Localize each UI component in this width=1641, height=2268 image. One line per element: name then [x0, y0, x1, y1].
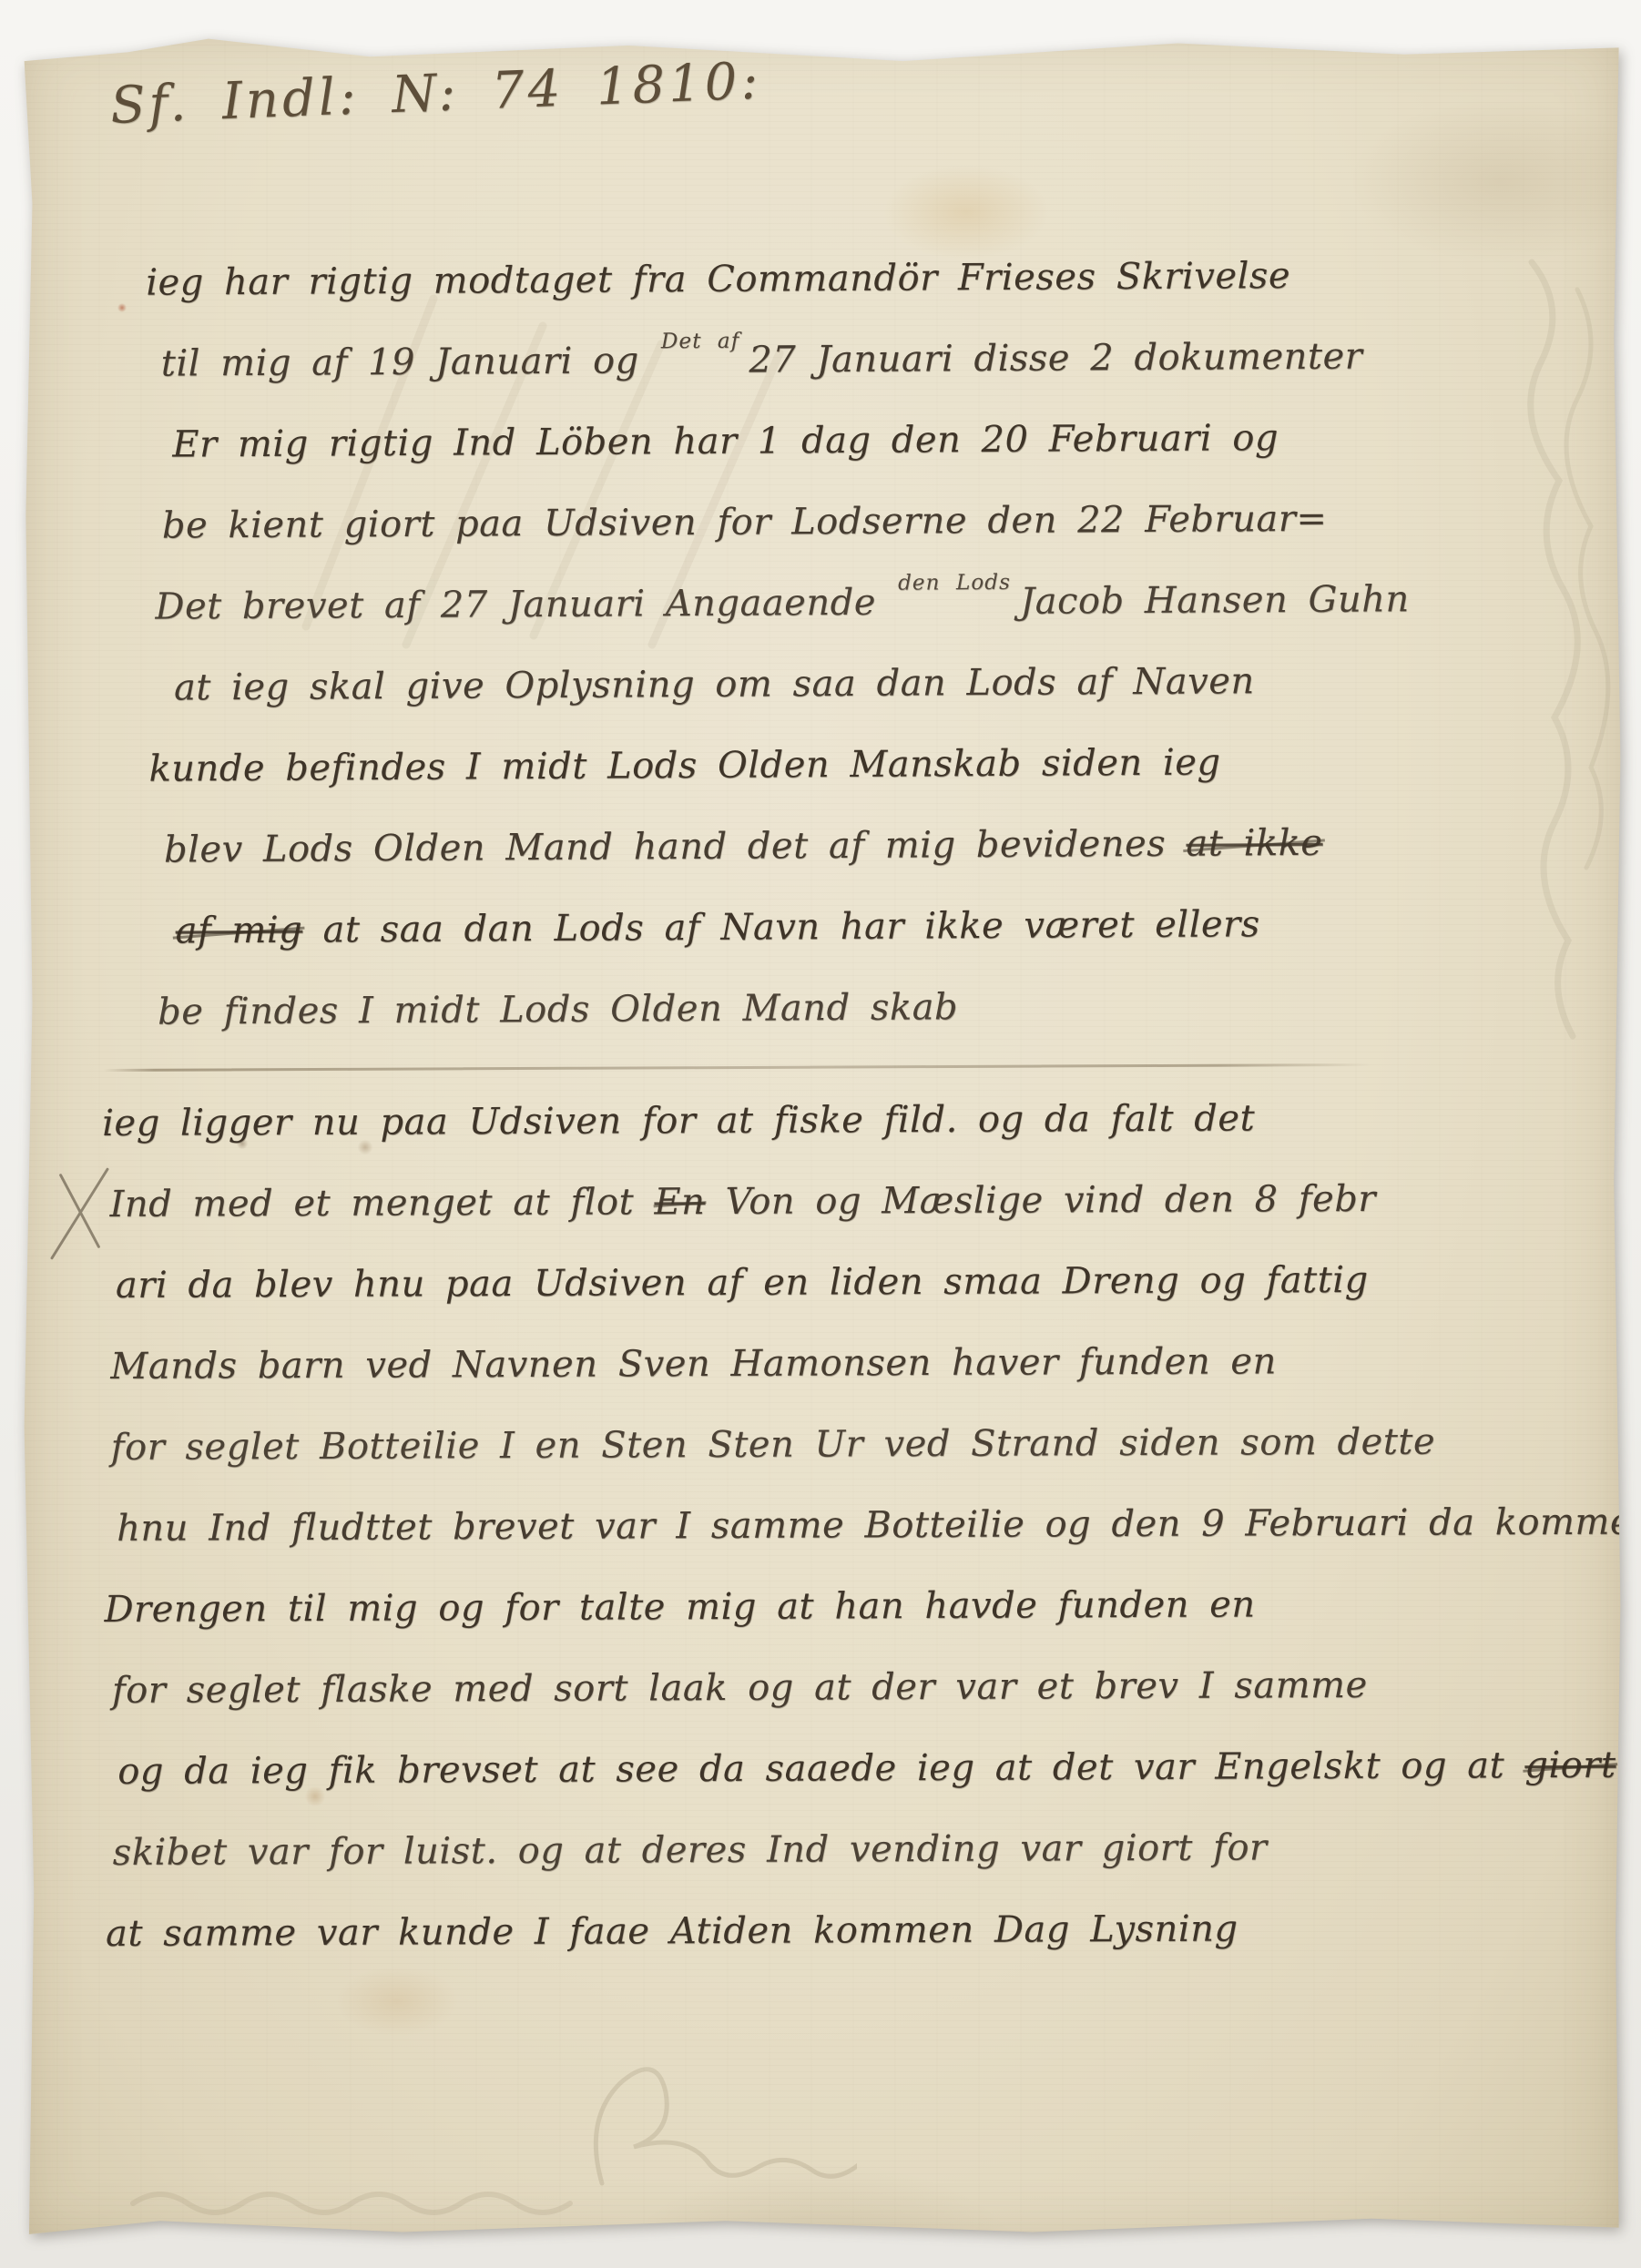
inserted-text-above-line: den Lods	[898, 572, 1011, 594]
struck-text: at ikke	[1186, 822, 1322, 865]
struck-text: giort	[1524, 1744, 1616, 1786]
manuscript-line: og da ieg fik brevset at see da saaede i…	[105, 1725, 1575, 1813]
handwritten-text: Mands barn ved Navnen Sven Hamonsen have…	[110, 1340, 1277, 1388]
manuscript-line: at samme var kunde I faae Atiden kommen …	[106, 1887, 1575, 1975]
scanned-letter-page: Sf. Indl: N: 74 1810: ieg har rigtig mod…	[0, 0, 1641, 2268]
manuscript-line: blev Lods Olden Mand hand det af mig bev…	[149, 801, 1576, 891]
handwritten-text: til mig af 19 Januari og	[161, 340, 659, 384]
manuscript-line: Er mig rigtig Ind Löben har 1 dag den 20…	[147, 396, 1574, 486]
archival-note: Sf. Indl: N: 74 1810:	[109, 20, 1573, 136]
manuscript-line: Drengen til mig og for talte mig at han …	[104, 1563, 1574, 1651]
handwritten-text: kunde befindes I midt Lods Olden Manskab…	[148, 741, 1220, 789]
handwritten-text: Von og Mæslige vind den 8 febr	[705, 1178, 1376, 1223]
manuscript-line: kunde befindes I midt Lods Olden Manskab…	[148, 720, 1575, 810]
handwritten-text: Ind med et menget at flot	[109, 1181, 654, 1226]
manuscript-line: be kient giort paa Udsiven for Lodserne …	[148, 477, 1575, 567]
paper-sheet-wrapper: Sf. Indl: N: 74 1810: ieg har rigtig mod…	[15, 25, 1630, 2250]
struck-text: af mig	[175, 910, 302, 952]
aged-paper-sheet: Sf. Indl: N: 74 1810: ieg har rigtig mod…	[15, 25, 1630, 2250]
handwritten-text: og da ieg fik brevset at see da saaede i…	[117, 1744, 1524, 1793]
manuscript-line: ari da blev hnu paa Udsiven af en liden …	[103, 1239, 1573, 1327]
paragraph-separator-rule	[104, 1063, 1371, 1072]
handwritten-text: skibet var for luist. og at deres Ind ve…	[113, 1826, 1268, 1874]
handwritten-text: at ieg skal give Oplysning om saa dan Lo…	[174, 660, 1255, 708]
handwritten-text: Drengen til mig og for talte mig at han …	[104, 1583, 1255, 1631]
manuscript-line: for seglet Botteilie I en Sten Sten Ur v…	[104, 1401, 1574, 1489]
handwritten-text: be kient giort paa Udsiven for Lodserne …	[162, 498, 1328, 547]
handwritten-text: at saa dan Lods af Navn har ikke været e…	[302, 903, 1260, 951]
inserted-text-above-line: Det af	[661, 331, 740, 352]
handwritten-text: 27 Januari disse 2 dokumenter	[749, 336, 1362, 381]
manuscript-line: Det brevet af 27 Januari Angaaende den L…	[148, 558, 1575, 648]
manuscript-line: skibet var for luist. og at deres Ind ve…	[105, 1806, 1575, 1894]
manuscript-line: at ieg skal give Oplysning om saa dan Lo…	[148, 639, 1575, 729]
manuscript-line: af mig at saa dan Lods af Navn har ikke …	[149, 882, 1576, 972]
manuscript-line: be findes I midt Lods Olden Mand skab	[150, 963, 1577, 1053]
paragraph-bottle-find-report: ieg ligger nu paa Udsiven for at fiske f…	[98, 1077, 1575, 1975]
handwritten-text: ari da blev hnu paa Udsiven af en liden …	[116, 1259, 1369, 1307]
handwritten-text: for seglet flaske med sort laak og at de…	[112, 1664, 1368, 1712]
manuscript-line: Ind med et menget at flot En Von og Mæsl…	[102, 1158, 1572, 1246]
manuscript-line: for seglet flaske med sort laak og at de…	[105, 1644, 1575, 1732]
manuscript-line: ieg ligger nu paa Udsiven for at fiske f…	[102, 1077, 1572, 1165]
handwritten-text: be findes I midt Lods Olden Mand skab	[158, 986, 958, 1032]
handwritten-text: at samme var kunde I faae Atiden kommen …	[106, 1908, 1238, 1955]
manuscript-line: Mands barn ved Navnen Sven Hamonsen have…	[103, 1320, 1573, 1408]
struck-text: En	[654, 1181, 705, 1223]
handwritten-text: blev Lods Olden Mand hand det af mig bev…	[164, 823, 1187, 871]
manuscript-line: ieg har rigtig modtaget fra Commandör Fr…	[146, 234, 1573, 324]
handwritten-text: ieg har rigtig modtaget fra Commandör Fr…	[146, 255, 1290, 304]
letter-content: Sf. Indl: N: 74 1810: ieg har rigtig mod…	[15, 25, 1630, 2250]
handwritten-text: ieg ligger nu paa Udsiven for at fiske f…	[102, 1097, 1255, 1144]
handwritten-text: Er mig rigtig Ind Löben har 1 dag den 20…	[172, 417, 1279, 465]
margin-x-mark	[42, 1160, 118, 1267]
manuscript-line: til mig af 19 Januari og Det af27 Januar…	[147, 315, 1574, 405]
handwritten-text: for seglet Botteilie I en Sten Sten Ur v…	[111, 1421, 1436, 1469]
manuscript-line: hnu Ind fludttet brevet var I samme Bott…	[104, 1482, 1574, 1570]
handwritten-text: Jacob Hansen Guhn	[1020, 578, 1410, 623]
handwritten-text: Det brevet af 27 Januari Angaaende	[155, 582, 896, 628]
paragraph-receipt-of-letters: ieg har rigtig modtaget fra Commandör Fr…	[98, 234, 1576, 1053]
handwritten-text: hnu Ind fludttet brevet var I samme Bott…	[117, 1501, 1632, 1550]
